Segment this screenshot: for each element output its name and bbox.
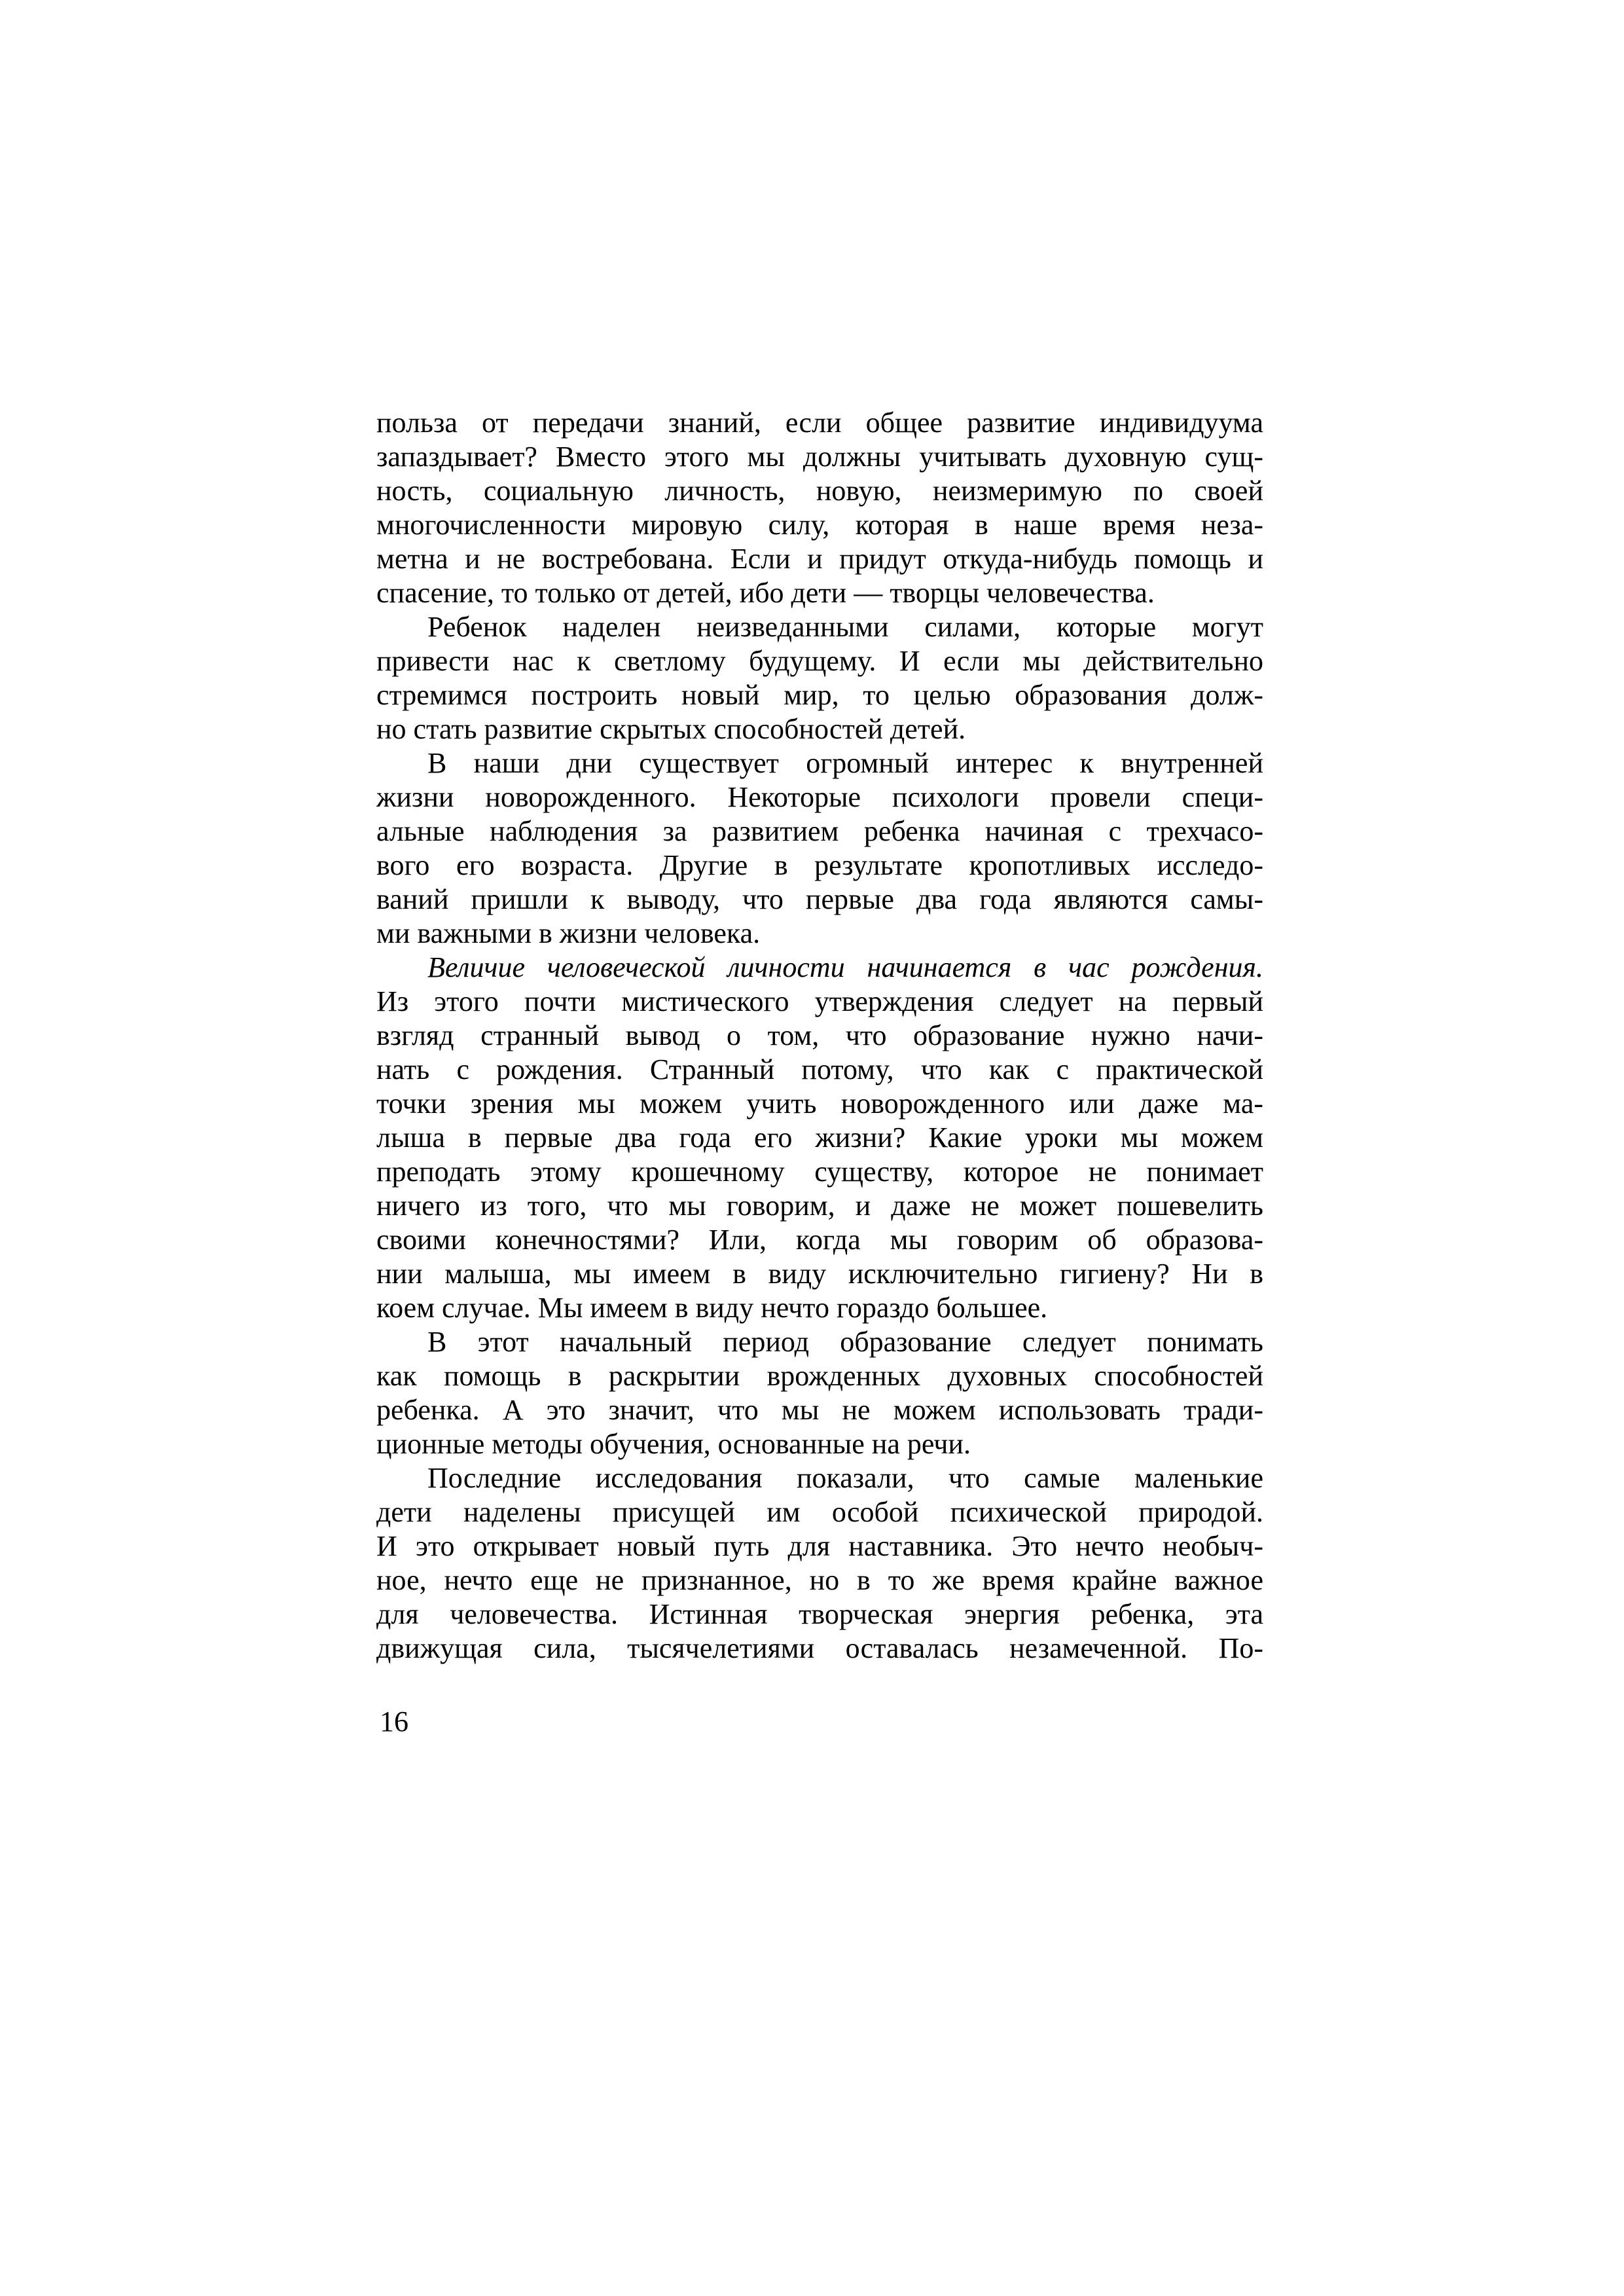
text-line: для человечества. Истинная творческая эн… <box>376 1597 1263 1631</box>
text-line: ционные методы обучения, основанные на р… <box>376 1427 1263 1461</box>
body-text: польза от передачи знаний, если общее ра… <box>376 406 1263 1666</box>
paragraph: В этот начальный период образование след… <box>376 1325 1263 1461</box>
paragraph: польза от передачи знаний, если общее ра… <box>376 406 1263 610</box>
text-line: вого его возраста. Другие в результате к… <box>376 848 1263 883</box>
text-line: Из этого почти мистического утверждения … <box>376 985 1263 1019</box>
paragraph: Ребенок наделен неизведанными силами, ко… <box>376 610 1263 746</box>
text-line: движущая сила, тысячелетиями оставалась … <box>376 1631 1263 1666</box>
text-line: как помощь в раскрытии врожденных духовн… <box>376 1359 1263 1393</box>
text-line: взгляд странный вывод о том, что образов… <box>376 1019 1263 1053</box>
paragraph: Последние исследования показали, что сам… <box>376 1461 1263 1666</box>
text-line: лыша в первые два года его жизни? Какие … <box>376 1121 1263 1155</box>
text-line: спасение, то только от детей, ибо дети —… <box>376 576 1263 610</box>
text-line: но стать развитие скрытых способностей д… <box>376 712 1263 746</box>
text-line: Последние исследования показали, что сам… <box>376 1461 1263 1495</box>
text-line: многочисленности мировую силу, которая в… <box>376 508 1263 542</box>
book-page: польза от передачи знаний, если общее ра… <box>0 0 1624 2296</box>
text-line: дети наделены присущей им особой психиче… <box>376 1495 1263 1529</box>
paragraph: В наши дни существует огромный интерес к… <box>376 746 1263 951</box>
text-line: В наши дни существует огромный интерес к… <box>376 746 1263 780</box>
text-line: нии малыша, мы имеем в виду исключительн… <box>376 1257 1263 1291</box>
text-line: жизни новорожденного. Некоторые психолог… <box>376 780 1263 814</box>
text-line: ность, социальную личность, новую, неизм… <box>376 474 1263 508</box>
text-line: нать с рождения. Странный потому, что ка… <box>376 1053 1263 1087</box>
text-line: точки зрения мы можем учить новорожденно… <box>376 1087 1263 1121</box>
text-line: запаздывает? Вместо этого мы должны учит… <box>376 440 1263 474</box>
text-line: ничего из того, что мы говорим, и даже н… <box>376 1189 1263 1223</box>
text-line: ребенка. А это значит, что мы не можем и… <box>376 1393 1263 1427</box>
text-line: И это открывает новый путь для наставник… <box>376 1529 1263 1563</box>
page-number: 16 <box>380 1705 408 1739</box>
text-line: привести нас к светлому будущему. И если… <box>376 644 1263 678</box>
text-line: польза от передачи знаний, если общее ра… <box>376 406 1263 440</box>
text-line: коем случае. Мы имеем в виду нечто гораз… <box>376 1291 1263 1325</box>
text-line: стремимся построить новый мир, то целью … <box>376 678 1263 712</box>
text-line-italic: Величие человеческой личности начинается… <box>376 951 1263 985</box>
text-line: ми важными в жизни человека. <box>376 917 1263 951</box>
text-line: Ребенок наделен неизведанными силами, ко… <box>376 610 1263 644</box>
paragraph: Величие человеческой личности начинается… <box>376 951 1263 1325</box>
text-line: ное, нечто еще не признанное, но в то же… <box>376 1563 1263 1597</box>
text-line: В этот начальный период образование след… <box>376 1325 1263 1359</box>
text-line: преподать этому крошечному существу, кот… <box>376 1155 1263 1189</box>
text-line: метна и не востребована. Если и придут о… <box>376 542 1263 576</box>
text-line: альные наблюдения за развитием ребенка н… <box>376 814 1263 848</box>
text-line: своими конечностями? Или, когда мы говор… <box>376 1223 1263 1257</box>
text-line: ваний пришли к выводу, что первые два го… <box>376 883 1263 917</box>
